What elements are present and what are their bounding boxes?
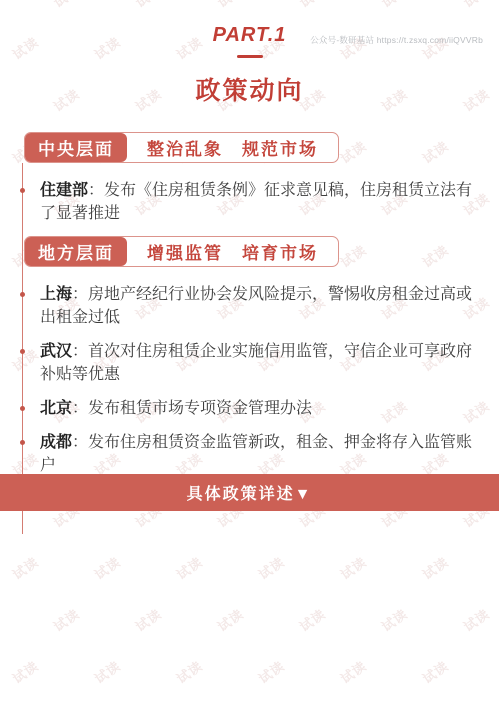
- list-item: 武汉：首次对住房租赁企业实施信用监管，守信企业可享政府补贴等优惠: [0, 340, 475, 386]
- policy-body: 中央层面 整治乱象 规范市场 住建部：发布《住房租赁条例》征求意见稿，住房租赁立…: [0, 132, 499, 511]
- section-header-local: 地方层面 增强监管 培育市场: [24, 236, 339, 267]
- item-prefix: 住建部: [40, 182, 88, 199]
- watermark-text: 试读: [418, 552, 452, 584]
- bullet-dot-icon: [20, 349, 25, 354]
- watermark-text: 试读: [336, 656, 370, 688]
- footer-banner: 具体政策详述▼: [0, 474, 499, 511]
- item-text: ：首次对住房租赁企业实施信用监管，守信企业可享政府补贴等优惠: [40, 343, 472, 383]
- item-text: ：发布住房租赁资金监管新政，租金、押金将存入监管账户: [40, 434, 472, 474]
- item-text: ：发布租赁市场专项资金管理办法: [72, 400, 312, 417]
- watermark-text: 试读: [213, 604, 247, 636]
- watermark-text: 试读: [254, 656, 288, 688]
- item-prefix: 成都: [40, 434, 72, 451]
- watermark-text: 试读: [0, 604, 1, 636]
- watermark-text: 试读: [377, 604, 411, 636]
- watermark-text: 试读: [295, 604, 329, 636]
- footer-banner-label: 具体政策详述▼: [187, 481, 313, 504]
- header-note: 公众号-数研基站 https://t.zsxq.com/iiQVVRb: [310, 34, 483, 46]
- bullet-dot-icon: [20, 440, 25, 445]
- watermark-text: 试读: [90, 552, 124, 584]
- list-item: 成都：发布住房租赁资金监管新政，租金、押金将存入监管账户: [0, 431, 475, 477]
- watermark-text: 试读: [213, 0, 247, 11]
- list-item: 北京：发布租赁市场专项资金管理办法: [0, 397, 475, 420]
- watermark-text: 试读: [0, 0, 1, 11]
- item-prefix: 北京: [40, 400, 72, 417]
- section-header-central: 中央层面 整治乱象 规范市场: [24, 132, 339, 163]
- section-tagline: 整治乱象 规范市场: [127, 133, 338, 162]
- watermark-text: 试读: [131, 604, 165, 636]
- list-item: 上海：房地产经纪行业协会发风险提示，警惕收房租金过高或出租金过低: [0, 283, 475, 329]
- watermark-text: 试读: [49, 604, 83, 636]
- item-text: ：发布《住房租赁条例》征求意见稿，住房租赁立法有了显著推进: [40, 182, 472, 222]
- watermark-text: 试读: [49, 0, 83, 11]
- page-title: 政策动向: [0, 71, 499, 107]
- item-prefix: 武汉: [40, 343, 72, 360]
- item-text: ：房地产经纪行业协会发风险提示，警惕收房租金过高或出租金过低: [40, 286, 472, 326]
- watermark-text: 试读: [8, 656, 42, 688]
- item-prefix: 上海: [40, 286, 72, 303]
- section-tagline: 增强监管 培育市场: [127, 237, 338, 266]
- watermark-text: 试读: [8, 552, 42, 584]
- watermark-text: 试读: [459, 604, 493, 636]
- bullet-dot-icon: [20, 188, 25, 193]
- bullet-dot-icon: [20, 292, 25, 297]
- watermark-text: 试读: [295, 0, 329, 11]
- watermark-text: 试读: [336, 552, 370, 584]
- watermark-text: 试读: [459, 0, 493, 11]
- watermark-text: 试读: [418, 656, 452, 688]
- central-items: 住建部：发布《住房租赁条例》征求意见稿，住房租赁立法有了显著推进: [0, 179, 499, 225]
- watermark-text: 试读: [172, 656, 206, 688]
- list-item: 住建部：发布《住房租赁条例》征求意见稿，住房租赁立法有了显著推进: [0, 179, 475, 225]
- section-badge: 地方层面: [25, 237, 127, 266]
- title-divider: [237, 55, 263, 58]
- watermark-text: 试读: [172, 552, 206, 584]
- section-badge: 中央层面: [25, 133, 127, 162]
- page-content: 公众号-数研基站 https://t.zsxq.com/iiQVVRb PART…: [0, 24, 499, 511]
- watermark-text: 试读: [254, 552, 288, 584]
- report-page: { "meta": { "header_note": "公众号-数研基站 htt…: [0, 0, 499, 706]
- watermark-text: 试读: [131, 0, 165, 11]
- bullet-dot-icon: [20, 406, 25, 411]
- watermark-text: 试读: [90, 656, 124, 688]
- watermark-text: 试读: [377, 0, 411, 11]
